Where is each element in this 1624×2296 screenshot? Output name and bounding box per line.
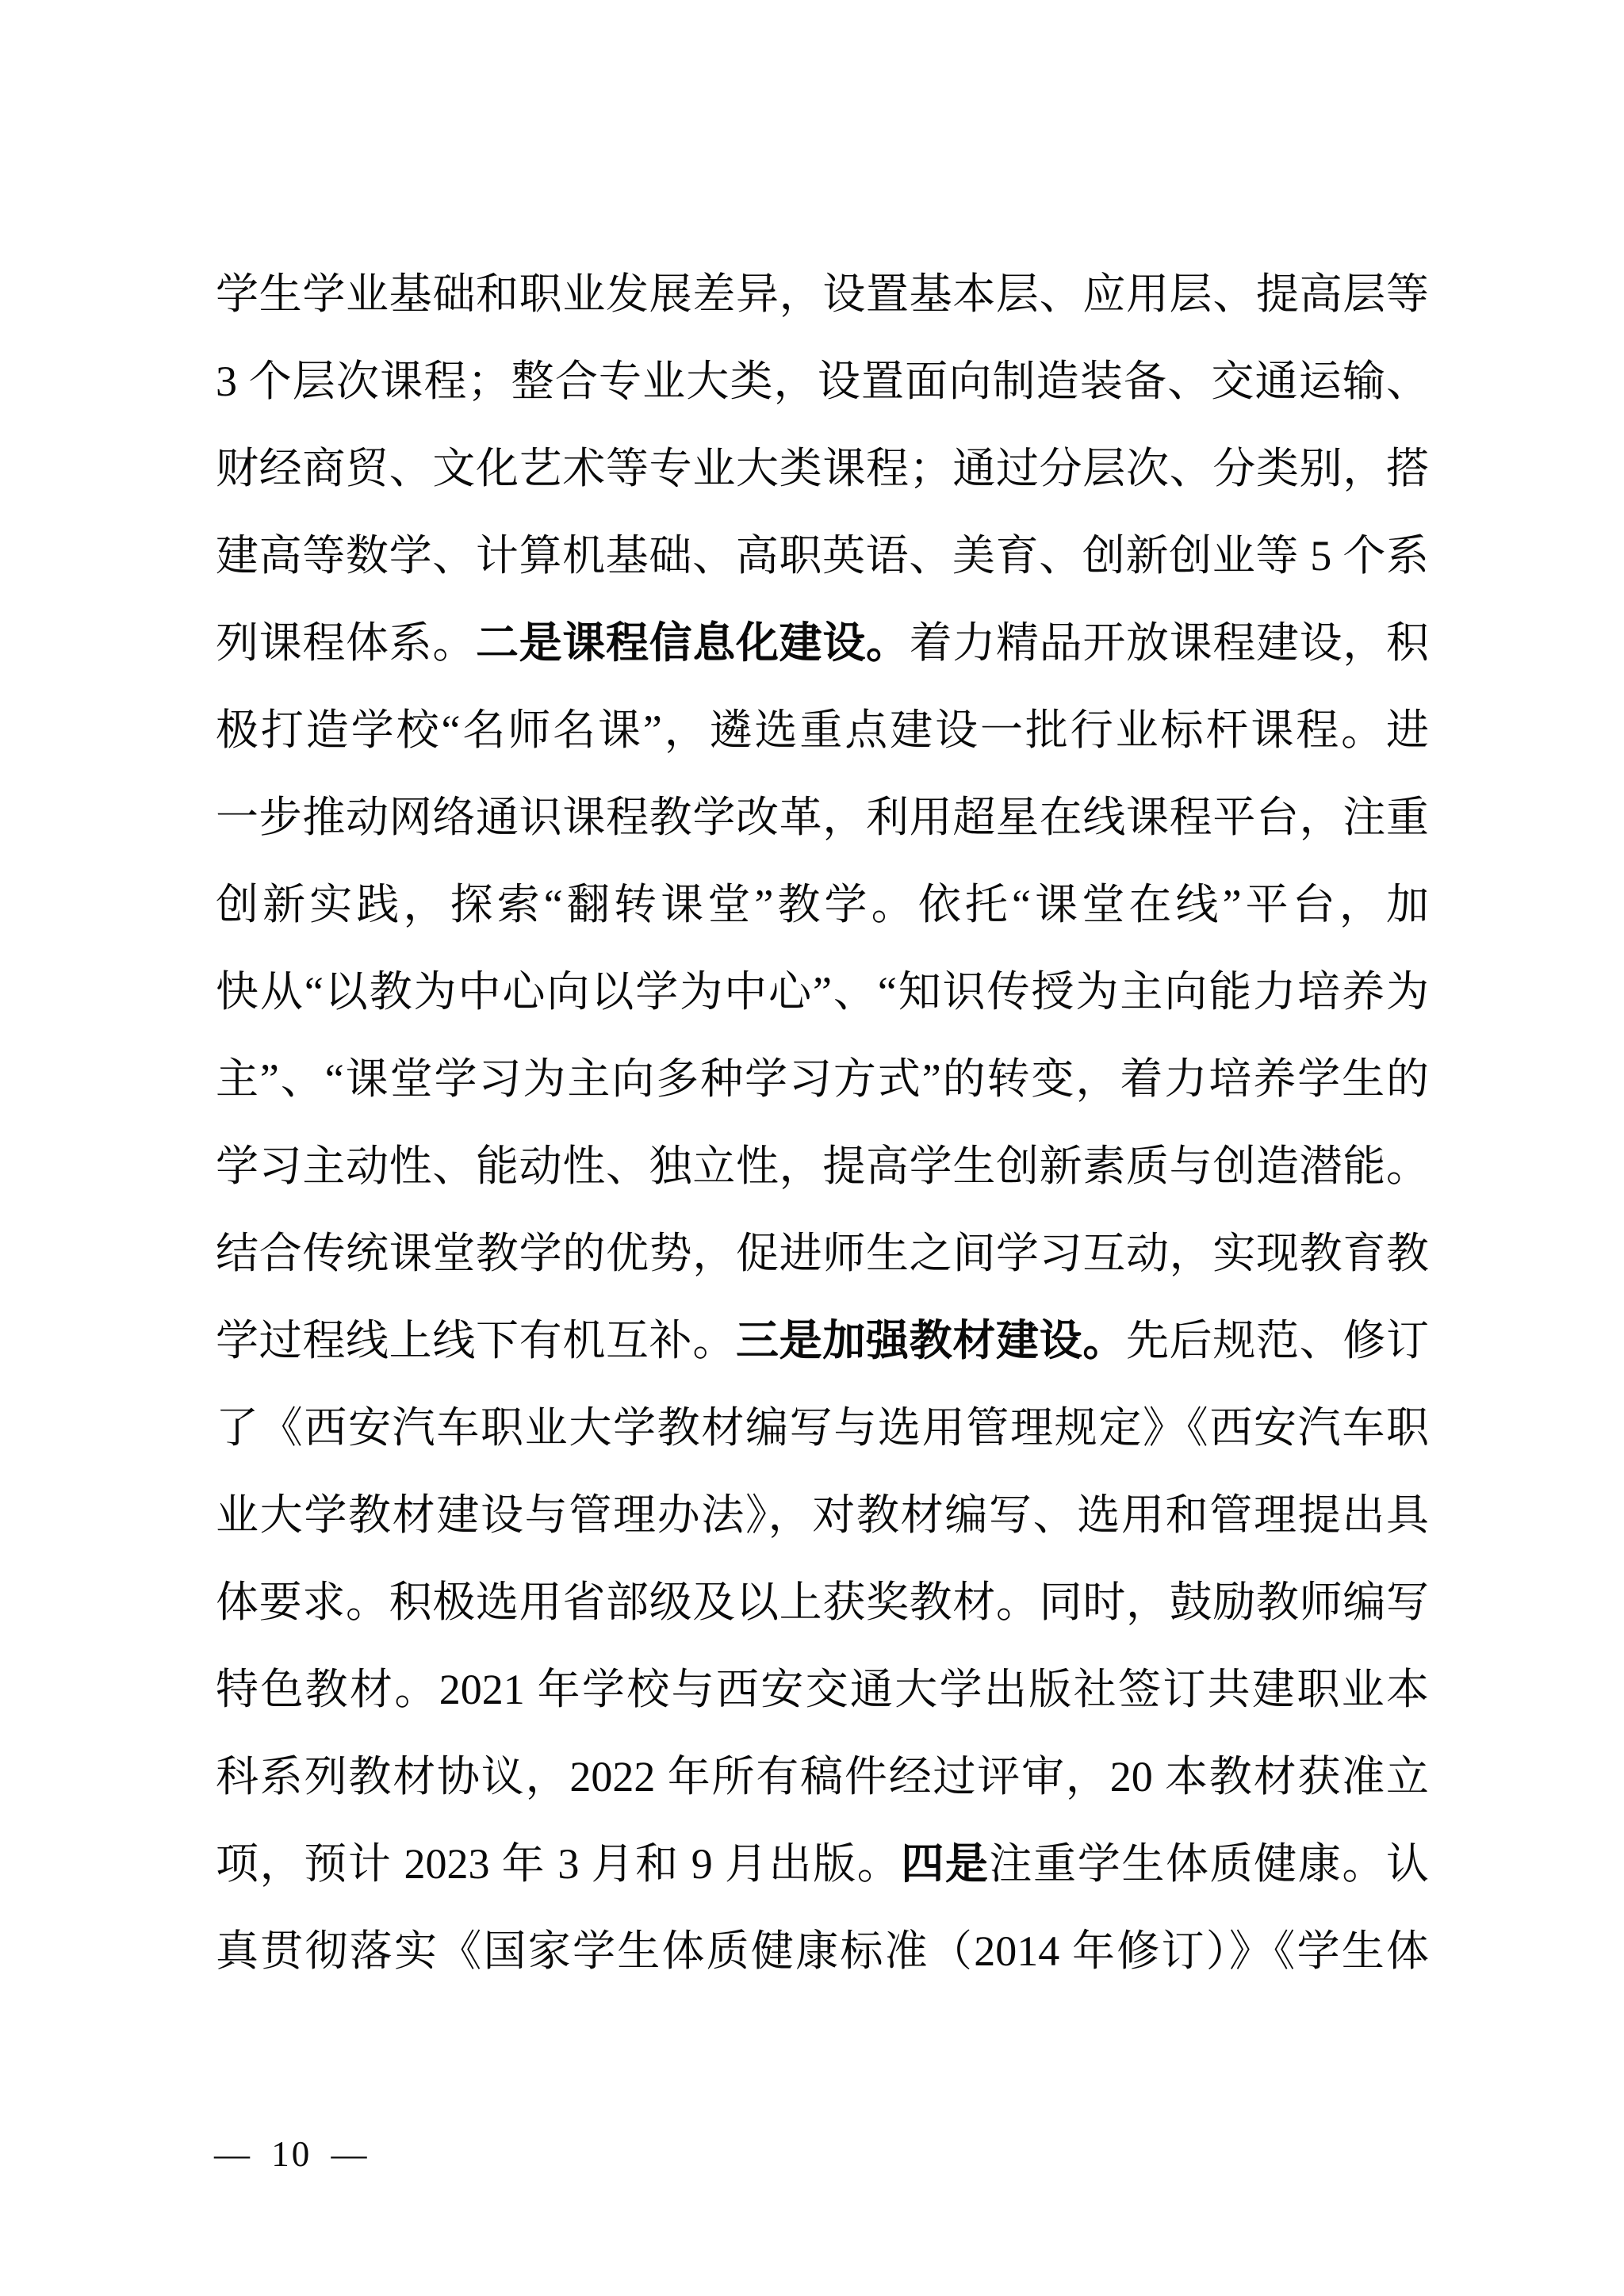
text-line: 创新实践，探索“翻转课堂”教学。依托“课堂在线”平台，加 (216, 861, 1429, 948)
text-segment: 了《西安汽车职业大学教材编写与选用管理规定》《西安汽车职 (216, 1404, 1429, 1452)
text-segment: 创新实践，探索“翻转课堂”教学。依托“课堂在线”平台，加 (216, 881, 1429, 928)
text-segment: 结合传统课堂教学的优势，促进师生之间学习互动，实现教育教 (216, 1230, 1429, 1277)
text-line: 科系列教材协议，2022 年所有稿件经过评审，20 本教材获准立 (216, 1733, 1429, 1820)
text-segment: 极打造学校“名师名课”，遴选重点建设一批行业标杆课程。进 (216, 706, 1429, 754)
bold-text-segment: 二是课程信息化建设。 (476, 619, 910, 667)
text-line: 真贯彻落实《国家学生体质健康标准（2014 年修订）》《学生体 (216, 1908, 1429, 1995)
text-segment: 学过程线上线下有机互补。 (216, 1317, 736, 1364)
document-page: 学生学业基础和职业发展差异，设置基本层、应用层、提高层等3 个层次课程；整合专业… (0, 0, 1624, 2296)
text-segment: 先后规范、修订 (1126, 1317, 1429, 1364)
text-segment: 体要求。积极选用省部级及以上获奖教材。同时，鼓励教师编写 (216, 1578, 1429, 1626)
text-line: 体要求。积极选用省部级及以上获奖教材。同时，鼓励教师编写 (216, 1559, 1429, 1646)
text-line: 列课程体系。二是课程信息化建设。着力精品开放课程建设，积 (216, 599, 1429, 687)
text-segment: 学生学业基础和职业发展差异，设置基本层、应用层、提高层等 (216, 270, 1429, 318)
page-number: — 10 — (214, 2128, 370, 2180)
text-segment: 主”、“课堂学习为主向多种学习方式”的转变，着力培养学生的 (216, 1055, 1429, 1103)
bold-text-segment: 三是加强教材建设。 (736, 1317, 1126, 1364)
text-line: 项，预计 2023 年 3 月和 9 月出版。四是注重学生体质健康。认 (216, 1820, 1429, 1908)
text-line: 学过程线上线下有机互补。三是加强教材建设。先后规范、修订 (216, 1297, 1429, 1384)
text-segment: 注重学生体质健康。认 (990, 1840, 1429, 1888)
text-segment: 特色教材。2021 年学校与西安交通大学出版社签订共建职业本 (216, 1666, 1429, 1713)
text-segment: 真贯彻落实《国家学生体质健康标准（2014 年修订）》《学生体 (216, 1927, 1429, 1975)
text-line: 建高等数学、计算机基础、高职英语、美育、创新创业等 5 个系 (216, 512, 1429, 599)
text-line: 极打造学校“名师名课”，遴选重点建设一批行业标杆课程。进 (216, 687, 1429, 774)
text-segment: 科系列教材协议，2022 年所有稿件经过评审，20 本教材获准立 (216, 1753, 1429, 1800)
text-line: 财经商贸、文化艺术等专业大类课程；通过分层次、分类别，搭 (216, 425, 1429, 512)
text-line: 3 个层次课程；整合专业大类，设置面向制造装备、交通运输、 (216, 338, 1429, 425)
body-text-block: 学生学业基础和职业发展差异，设置基本层、应用层、提高层等3 个层次课程；整合专业… (216, 251, 1429, 1995)
text-line: 学习主动性、能动性、独立性，提高学生创新素质与创造潜能。 (216, 1123, 1429, 1210)
text-line: 了《西安汽车职业大学教材编写与选用管理规定》《西安汽车职 (216, 1384, 1429, 1471)
text-segment: 着力精品开放课程建设，积 (910, 619, 1429, 667)
text-line: 快从“以教为中心向以学为中心”、“知识传授为主向能力培养为 (216, 948, 1429, 1035)
text-line: 一步推动网络通识课程教学改革，利用超星在线课程平台，注重 (216, 774, 1429, 861)
text-segment: 学习主动性、能动性、独立性，提高学生创新素质与创造潜能。 (216, 1142, 1429, 1190)
text-line: 结合传统课堂教学的优势，促进师生之间学习互动，实现教育教 (216, 1210, 1429, 1297)
text-line: 业大学教材建设与管理办法》，对教材编写、选用和管理提出具 (216, 1471, 1429, 1559)
text-segment: 业大学教材建设与管理办法》，对教材编写、选用和管理提出具 (216, 1491, 1429, 1539)
text-segment: 快从“以教为中心向以学为中心”、“知识传授为主向能力培养为 (216, 968, 1429, 1016)
text-segment: 项，预计 2023 年 3 月和 9 月出版。 (216, 1840, 901, 1888)
text-segment: 建高等数学、计算机基础、高职英语、美育、创新创业等 5 个系 (216, 532, 1429, 580)
text-line: 主”、“课堂学习为主向多种学习方式”的转变，着力培养学生的 (216, 1035, 1429, 1123)
text-line: 学生学业基础和职业发展差异，设置基本层、应用层、提高层等 (216, 251, 1429, 338)
text-segment: 3 个层次课程；整合专业大类，设置面向制造装备、交通运输、 (216, 358, 1429, 405)
text-segment: 财经商贸、文化艺术等专业大类课程；通过分层次、分类别，搭 (216, 445, 1429, 492)
bold-text-segment: 四是 (901, 1840, 989, 1888)
text-segment: 列课程体系。 (216, 619, 476, 667)
text-line: 特色教材。2021 年学校与西安交通大学出版社签订共建职业本 (216, 1646, 1429, 1733)
text-segment: 一步推动网络通识课程教学改革，利用超星在线课程平台，注重 (216, 794, 1429, 841)
